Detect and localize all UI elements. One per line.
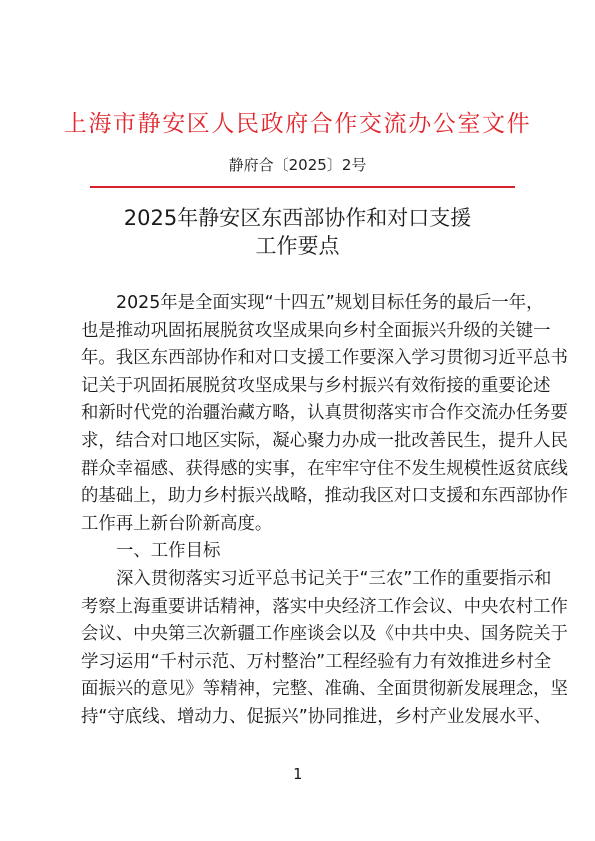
red-divider-rule — [90, 186, 515, 188]
paragraph-line: 的基础上，助力乡村振兴战略，推动我区对口支援和东西部协作 — [81, 483, 521, 511]
paragraph-line: 记关于巩固拓展脱贫攻坚成果与乡村振兴有效衔接的重要论述 — [81, 373, 521, 401]
paragraph-line: 面振兴的意见》等精神，完整、准确、全面贯彻新发展理念，坚 — [81, 676, 521, 704]
title-line-1: 2025年静安区东西部协作和对口支援 — [0, 204, 595, 232]
page-number: 1 — [0, 764, 595, 784]
document-page: 上海市静安区人民政府合作交流办公室文件 静府合〔2025〕2号 2025年静安区… — [0, 0, 595, 841]
paragraph-line: 考察上海重要讲话精神，落实中央经济工作会议、中央农村工作 — [81, 594, 521, 622]
document-title: 2025年静安区东西部协作和对口支援 工作要点 — [0, 204, 595, 260]
paragraph-line: 深入贯彻落实习近平总书记关于“三农”工作的重要指示和 — [81, 566, 521, 594]
paragraph-line: 持“守底线、增动力、促振兴”协同推进，乡村产业发展水平、 — [81, 704, 521, 732]
paragraph-line: 学习运用“千村示范、万村整治”工程经验有力有效推进乡村全 — [81, 649, 521, 677]
title-line-2: 工作要点 — [0, 232, 595, 260]
document-body: 2025年是全面实现“十四五”规划目标任务的最后一年， 也是推动巩固拓展脱贫攻坚… — [81, 290, 521, 732]
paragraph-line: 求，结合对口地区实际，凝心聚力办成一批改善民生，提升人民 — [81, 428, 521, 456]
paragraph-line: 会议、中央第三次新疆工作座谈会以及《中共中央、国务院关于 — [81, 621, 521, 649]
paragraph-line: 年。我区东西部协作和对口支援工作要深入学习贯彻习近平总书 — [81, 345, 521, 373]
paragraph-line: 也是推动巩固拓展脱贫攻坚成果向乡村全面振兴升级的关键一 — [81, 318, 521, 346]
paragraph-line: 2025年是全面实现“十四五”规划目标任务的最后一年， — [81, 290, 521, 318]
section-heading: 一、工作目标 — [81, 538, 521, 566]
paragraph-line: 工作再上新台阶新高度。 — [81, 511, 521, 539]
paragraph-line: 和新时代党的治疆治藏方略，认真贯彻落实市合作交流办任务要 — [81, 400, 521, 428]
issuer-header: 上海市静安区人民政府合作交流办公室文件 — [0, 106, 595, 142]
paragraph-line: 群众幸福感、获得感的实事，在牢牢守住不发生规模性返贫底线 — [81, 456, 521, 484]
document-number: 静府合〔2025〕2号 — [0, 154, 595, 176]
